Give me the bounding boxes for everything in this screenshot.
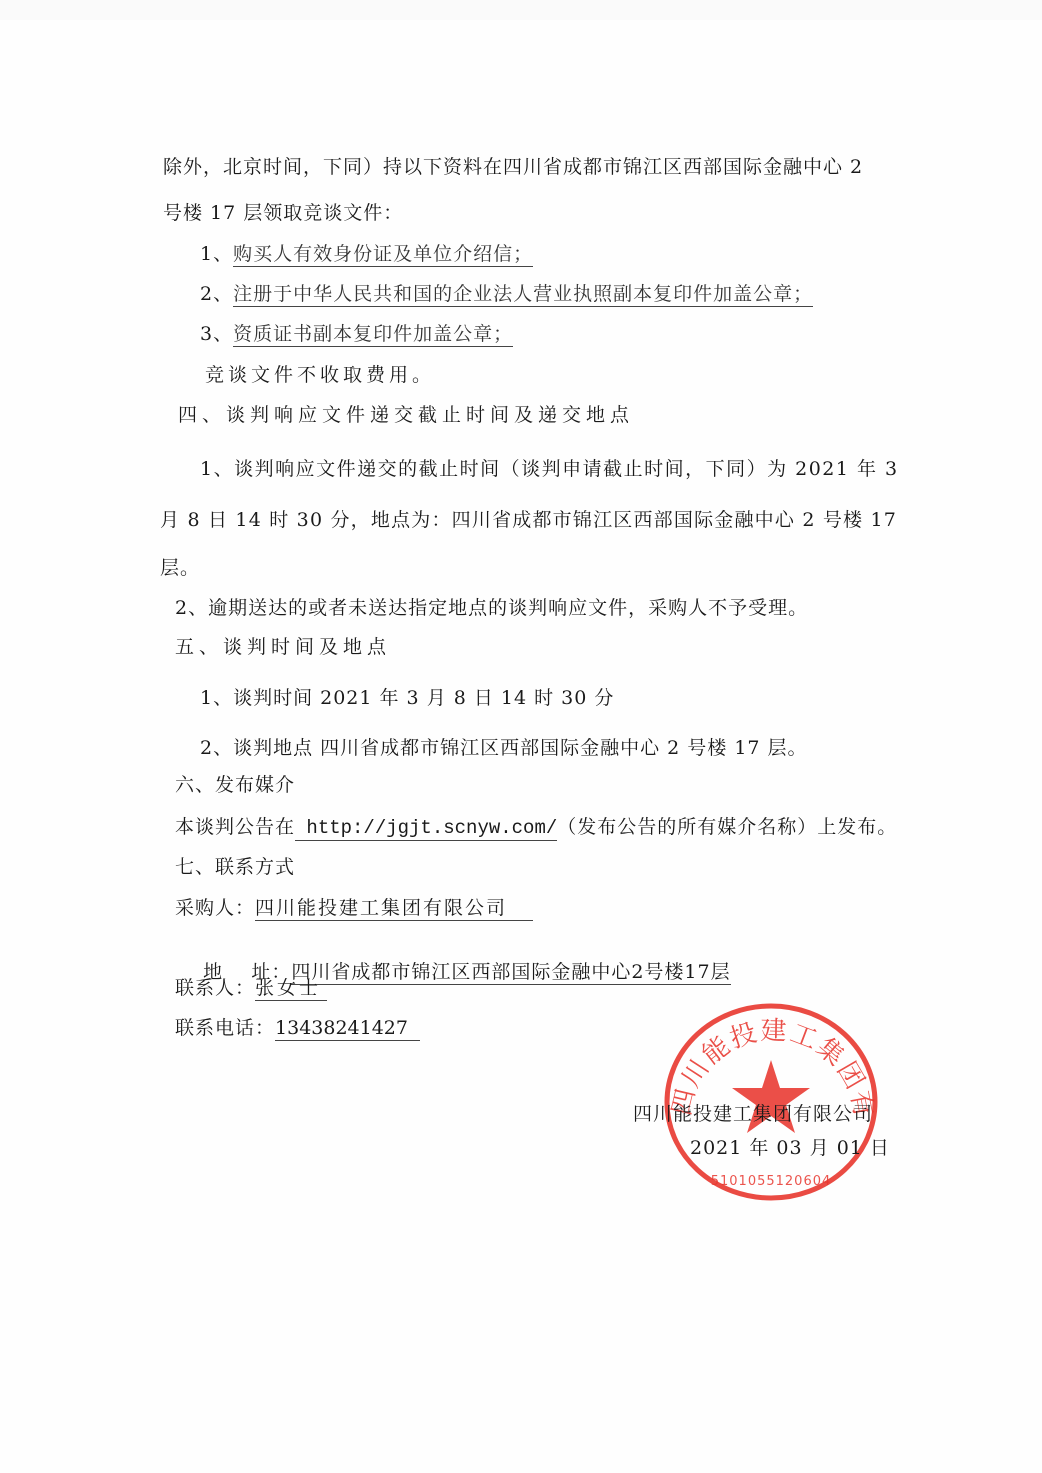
section-6-title: 六、发布媒介 (175, 773, 295, 797)
contact-buyer: 采购人：四川能投建工集团有限公司 (175, 896, 533, 920)
text-line: 除外，北京时间，下同）持以下资料在四川省成都市锦江区西部国际金融中心 2 (163, 155, 863, 179)
buyer-label: 采购人： (175, 897, 255, 919)
section-4-title: 四、谈判响应文件递交截止时间及递交地点 (178, 403, 634, 427)
document-page: 除外，北京时间，下同）持以下资料在四川省成都市锦江区西部国际金融中心 2 号楼 … (0, 0, 1042, 1473)
section-7-title: 七、联系方式 (175, 855, 295, 879)
buyer-value: 四川能投建工集团有限公司 (255, 897, 533, 921)
item-number: 3、 (200, 323, 233, 345)
item-number: 2、 (200, 283, 233, 305)
contact-phone: 联系电话：13438241427 (175, 1016, 420, 1040)
section-4-paragraph-1-cont: 月 8 日 14 时 30 分，地点为：四川省成都市锦江区西部国际金融中心 2 … (160, 508, 897, 532)
signature-date: 2021 年 03 月 01 日 (690, 1136, 890, 1160)
section-4-paragraph-1: 1、谈判响应文件递交的截止时间（谈判申请截止时间，下同）为 2021 年 3 (200, 457, 899, 481)
svg-text:5101055120604: 5101055120604 (711, 1174, 832, 1189)
phone-label: 联系电话： (175, 1017, 275, 1039)
signature-company: 四川能投建工集团有限公司 (633, 1102, 873, 1126)
publish-url-link[interactable]: http://jgjt.scnyw.com/ (295, 817, 557, 841)
address-value: 四川省成都市锦江区西部国际金融中心2号楼17层 (291, 961, 730, 985)
section-5-paragraph-1: 1、谈判时间 2021 年 3 月 8 日 14 时 30 分 (200, 686, 614, 710)
contact-label: 联系人： (175, 977, 255, 999)
contact-person: 联系人：张女士 (175, 976, 327, 1000)
fee-note: 竞谈文件不收取费用。 (205, 363, 435, 387)
section-5-title: 五、谈判时间及地点 (175, 635, 391, 659)
text-line: 号楼 17 层领取竞谈文件： (163, 201, 403, 225)
publish-prefix: 本谈判公告在 (175, 816, 295, 838)
item-number: 1、 (200, 243, 233, 265)
item-text: 注册于中华人民共和国的企业法人营业执照副本复印件加盖公章； (233, 283, 813, 307)
scan-artifact-top (0, 0, 1042, 20)
publish-suffix: （发布公告的所有媒介名称）上发布。 (557, 816, 897, 838)
phone-value: 13438241427 (275, 1017, 420, 1041)
section-4-paragraph-1-end: 层。 (160, 556, 200, 580)
requirement-item-3: 3、资质证书副本复印件加盖公章； (200, 322, 513, 346)
requirement-item-2: 2、注册于中华人民共和国的企业法人营业执照副本复印件加盖公章； (200, 282, 813, 306)
section-6-paragraph: 本谈判公告在 http://jgjt.scnyw.com/（发布公告的所有媒介名… (175, 815, 897, 840)
item-text: 购买人有效身份证及单位介绍信； (233, 243, 533, 267)
section-5-paragraph-2: 2、谈判地点 四川省成都市锦江区西部国际金融中心 2 号楼 17 层。 (200, 736, 808, 760)
contact-value: 张女士 (255, 977, 327, 1001)
item-text: 资质证书副本复印件加盖公章； (233, 323, 513, 347)
requirement-item-1: 1、购买人有效身份证及单位介绍信； (200, 242, 533, 266)
section-4-paragraph-2: 2、逾期送达的或者未送达指定地点的谈判响应文件，采购人不予受理。 (175, 596, 808, 620)
